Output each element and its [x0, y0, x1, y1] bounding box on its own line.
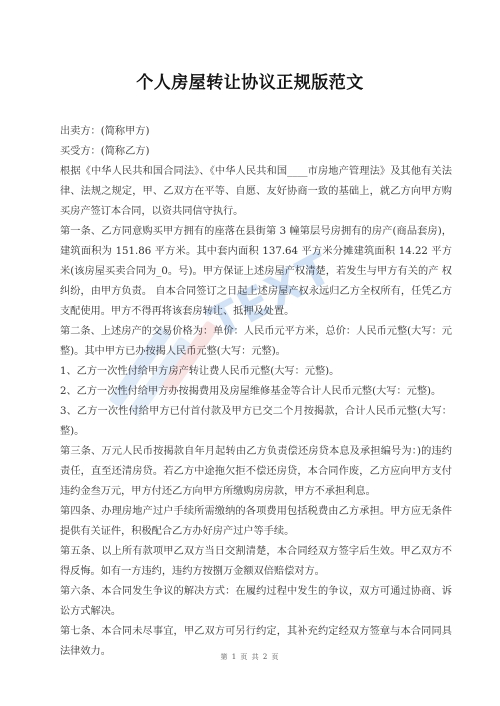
- article-2: 第二条、上述房产的交易价格为：单价：人民币元平方米，总价：人民币元整(大写：元整…: [60, 322, 452, 362]
- page-number-footer: 第 1 页 共 2 页: [0, 652, 500, 662]
- preamble-paragraph: 根据《中华人民共和国合同法》、《中华人民共和国____市房地产管理法》及其他有关…: [60, 162, 452, 222]
- buyer-line: 买受方：(简称乙方): [60, 142, 452, 162]
- article-3: 第三条、万元人民币按揭款自年月起转由乙方负责偿还房贷本息及承担编号为：)的违约责…: [60, 442, 452, 502]
- document-page: TEXT 个人房屋转让协议正规版范文 出卖方：(简称甲方) 买受方：(简称乙方)…: [0, 0, 500, 706]
- document-body: 出卖方：(简称甲方) 买受方：(简称乙方) 根据《中华人民共和国合同法》、《中华…: [60, 122, 452, 662]
- article-6: 第六条、本合同发生争议的解决方式：在履约过程中发生的争议，双方可通过协商、诉讼方…: [60, 582, 452, 622]
- article-4: 第四条、办理房地产过户手续所需缴纳的各项费用包括税费由乙方承担。甲方应无条件提供…: [60, 502, 452, 542]
- seller-line: 出卖方：(简称甲方): [60, 122, 452, 142]
- article-2-item-2: 2、乙方一次性付给甲方办按揭费用及房屋维修基金等合计人民币元整(大写：元整)。: [60, 382, 452, 402]
- article-5: 第五条、以上所有款项甲乙双方当日交割清楚，本合同经双方签字后生效。甲乙双方不得反…: [60, 542, 452, 582]
- document-title: 个人房屋转让协议正规版范文: [0, 68, 500, 93]
- article-1: 第一条、乙方同意购买甲方拥有的座落在县街第 3 幢第层号房拥有的房产(商品套房)…: [60, 222, 452, 322]
- article-2-item-3: 3、乙方一次性付给甲方已付首付款及甲方已交二个月按揭款，合计人民币元整(大写：整…: [60, 402, 452, 442]
- article-2-item-1: 1、乙方一次性付给甲方房产转让费人民币元整(大写：元整)。: [60, 362, 452, 382]
